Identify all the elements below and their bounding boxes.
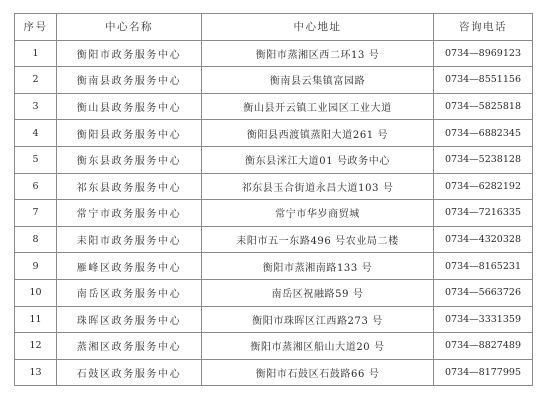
cell-address: 南岳区祝融路59 号: [202, 279, 434, 306]
cell-name: 珠晖区政务服务中心: [57, 306, 202, 333]
service-center-table: 序号 中心名称 中心地址 咨询电话 1 衡阳市政务服务中心 衡阳市蒸湘区西二环1…: [14, 13, 533, 386]
table-row: 5 衡东县政务服务中心 衡东县洣江大道01 号政务中心 0734—5238128: [15, 146, 533, 173]
cell-name: 常宁市政务服务中心: [57, 200, 202, 227]
header-phone: 咨询电话: [434, 14, 533, 41]
cell-index: 10: [15, 279, 57, 306]
table-row: 10 南岳区政务服务中心 南岳区祝融路59 号 0734—5663726: [15, 279, 533, 306]
cell-index: 8: [15, 226, 57, 253]
cell-phone: 0734—6282192: [434, 173, 533, 200]
cell-phone: 0734—3331359: [434, 306, 533, 333]
cell-phone: 0734—5663726: [434, 279, 533, 306]
header-index: 序号: [15, 14, 57, 41]
cell-index: 2: [15, 67, 57, 94]
cell-index: 3: [15, 93, 57, 120]
table-row: 11 珠晖区政务服务中心 衡阳市珠晖区江西路273 号 0734—3331359: [15, 306, 533, 333]
cell-phone: 0734—4320328: [434, 226, 533, 253]
cell-address: 衡山县开云镇工业园区工业大道: [202, 93, 434, 120]
cell-phone: 0734—8969123: [434, 40, 533, 67]
cell-name: 南岳区政务服务中心: [57, 279, 202, 306]
cell-index: 1: [15, 40, 57, 67]
cell-index: 5: [15, 146, 57, 173]
cell-address: 衡阳市蒸湘区西二环13 号: [202, 40, 434, 67]
cell-address: 衡阳市石鼓区石鼓路66 号: [202, 359, 434, 386]
table-row: 2 衡南县政务服务中心 衡南县云集镇富园路 0734—8551156: [15, 67, 533, 94]
cell-phone: 0734—7216335: [434, 200, 533, 227]
cell-name: 祁东县政务服务中心: [57, 173, 202, 200]
table-header: 序号 中心名称 中心地址 咨询电话: [15, 14, 533, 41]
table-body: 1 衡阳市政务服务中心 衡阳市蒸湘区西二环13 号 0734—8969123 2…: [15, 40, 533, 386]
cell-address: 耒阳市五一东路496 号农业局二楼: [202, 226, 434, 253]
cell-address: 衡阳县西渡镇蒸阳大道261 号: [202, 120, 434, 147]
service-center-table-container: 序号 中心名称 中心地址 咨询电话 1 衡阳市政务服务中心 衡阳市蒸湘区西二环1…: [14, 13, 532, 386]
cell-name: 蒸湘区政务服务中心: [57, 333, 202, 360]
cell-phone: 0734—5238128: [434, 146, 533, 173]
cell-name: 耒阳市政务服务中心: [57, 226, 202, 253]
table-row: 7 常宁市政务服务中心 常宁市华岁商贸城 0734—7216335: [15, 200, 533, 227]
cell-phone: 0734—8551156: [434, 67, 533, 94]
cell-address: 衡阳市蒸湘南路133 号: [202, 253, 434, 280]
header-row: 序号 中心名称 中心地址 咨询电话: [15, 14, 533, 41]
header-name: 中心名称: [57, 14, 202, 41]
cell-index: 7: [15, 200, 57, 227]
cell-phone: 0734—8177995: [434, 359, 533, 386]
cell-name: 衡阳县政务服务中心: [57, 120, 202, 147]
header-address: 中心地址: [202, 14, 434, 41]
table-row: 9 雁峰区政务服务中心 衡阳市蒸湘南路133 号 0734—8165231: [15, 253, 533, 280]
cell-address: 衡阳市珠晖区江西路273 号: [202, 306, 434, 333]
cell-phone: 0734—8827489: [434, 333, 533, 360]
table-row: 6 祁东县政务服务中心 祁东县玉合街道永昌大道103 号 0734—628219…: [15, 173, 533, 200]
cell-name: 衡东县政务服务中心: [57, 146, 202, 173]
cell-address: 常宁市华岁商贸城: [202, 200, 434, 227]
cell-index: 4: [15, 120, 57, 147]
cell-phone: 0734—5825818: [434, 93, 533, 120]
cell-name: 衡南县政务服务中心: [57, 67, 202, 94]
cell-address: 衡阳市蒸湘区船山大道20 号: [202, 333, 434, 360]
cell-name: 衡山县政务服务中心: [57, 93, 202, 120]
cell-address: 祁东县玉合街道永昌大道103 号: [202, 173, 434, 200]
table-row: 13 石鼓区政务服务中心 衡阳市石鼓区石鼓路66 号 0734—8177995: [15, 359, 533, 386]
cell-index: 11: [15, 306, 57, 333]
table-row: 4 衡阳县政务服务中心 衡阳县西渡镇蒸阳大道261 号 0734—6882345: [15, 120, 533, 147]
cell-name: 衡阳市政务服务中心: [57, 40, 202, 67]
table-row: 12 蒸湘区政务服务中心 衡阳市蒸湘区船山大道20 号 0734—8827489: [15, 333, 533, 360]
cell-address: 衡南县云集镇富园路: [202, 67, 434, 94]
cell-address: 衡东县洣江大道01 号政务中心: [202, 146, 434, 173]
cell-index: 6: [15, 173, 57, 200]
cell-index: 12: [15, 333, 57, 360]
cell-index: 9: [15, 253, 57, 280]
cell-phone: 0734—6882345: [434, 120, 533, 147]
cell-name: 雁峰区政务服务中心: [57, 253, 202, 280]
cell-phone: 0734—8165231: [434, 253, 533, 280]
table-row: 3 衡山县政务服务中心 衡山县开云镇工业园区工业大道 0734—5825818: [15, 93, 533, 120]
cell-index: 13: [15, 359, 57, 386]
table-row: 1 衡阳市政务服务中心 衡阳市蒸湘区西二环13 号 0734—8969123: [15, 40, 533, 67]
cell-name: 石鼓区政务服务中心: [57, 359, 202, 386]
table-row: 8 耒阳市政务服务中心 耒阳市五一东路496 号农业局二楼 0734—43203…: [15, 226, 533, 253]
